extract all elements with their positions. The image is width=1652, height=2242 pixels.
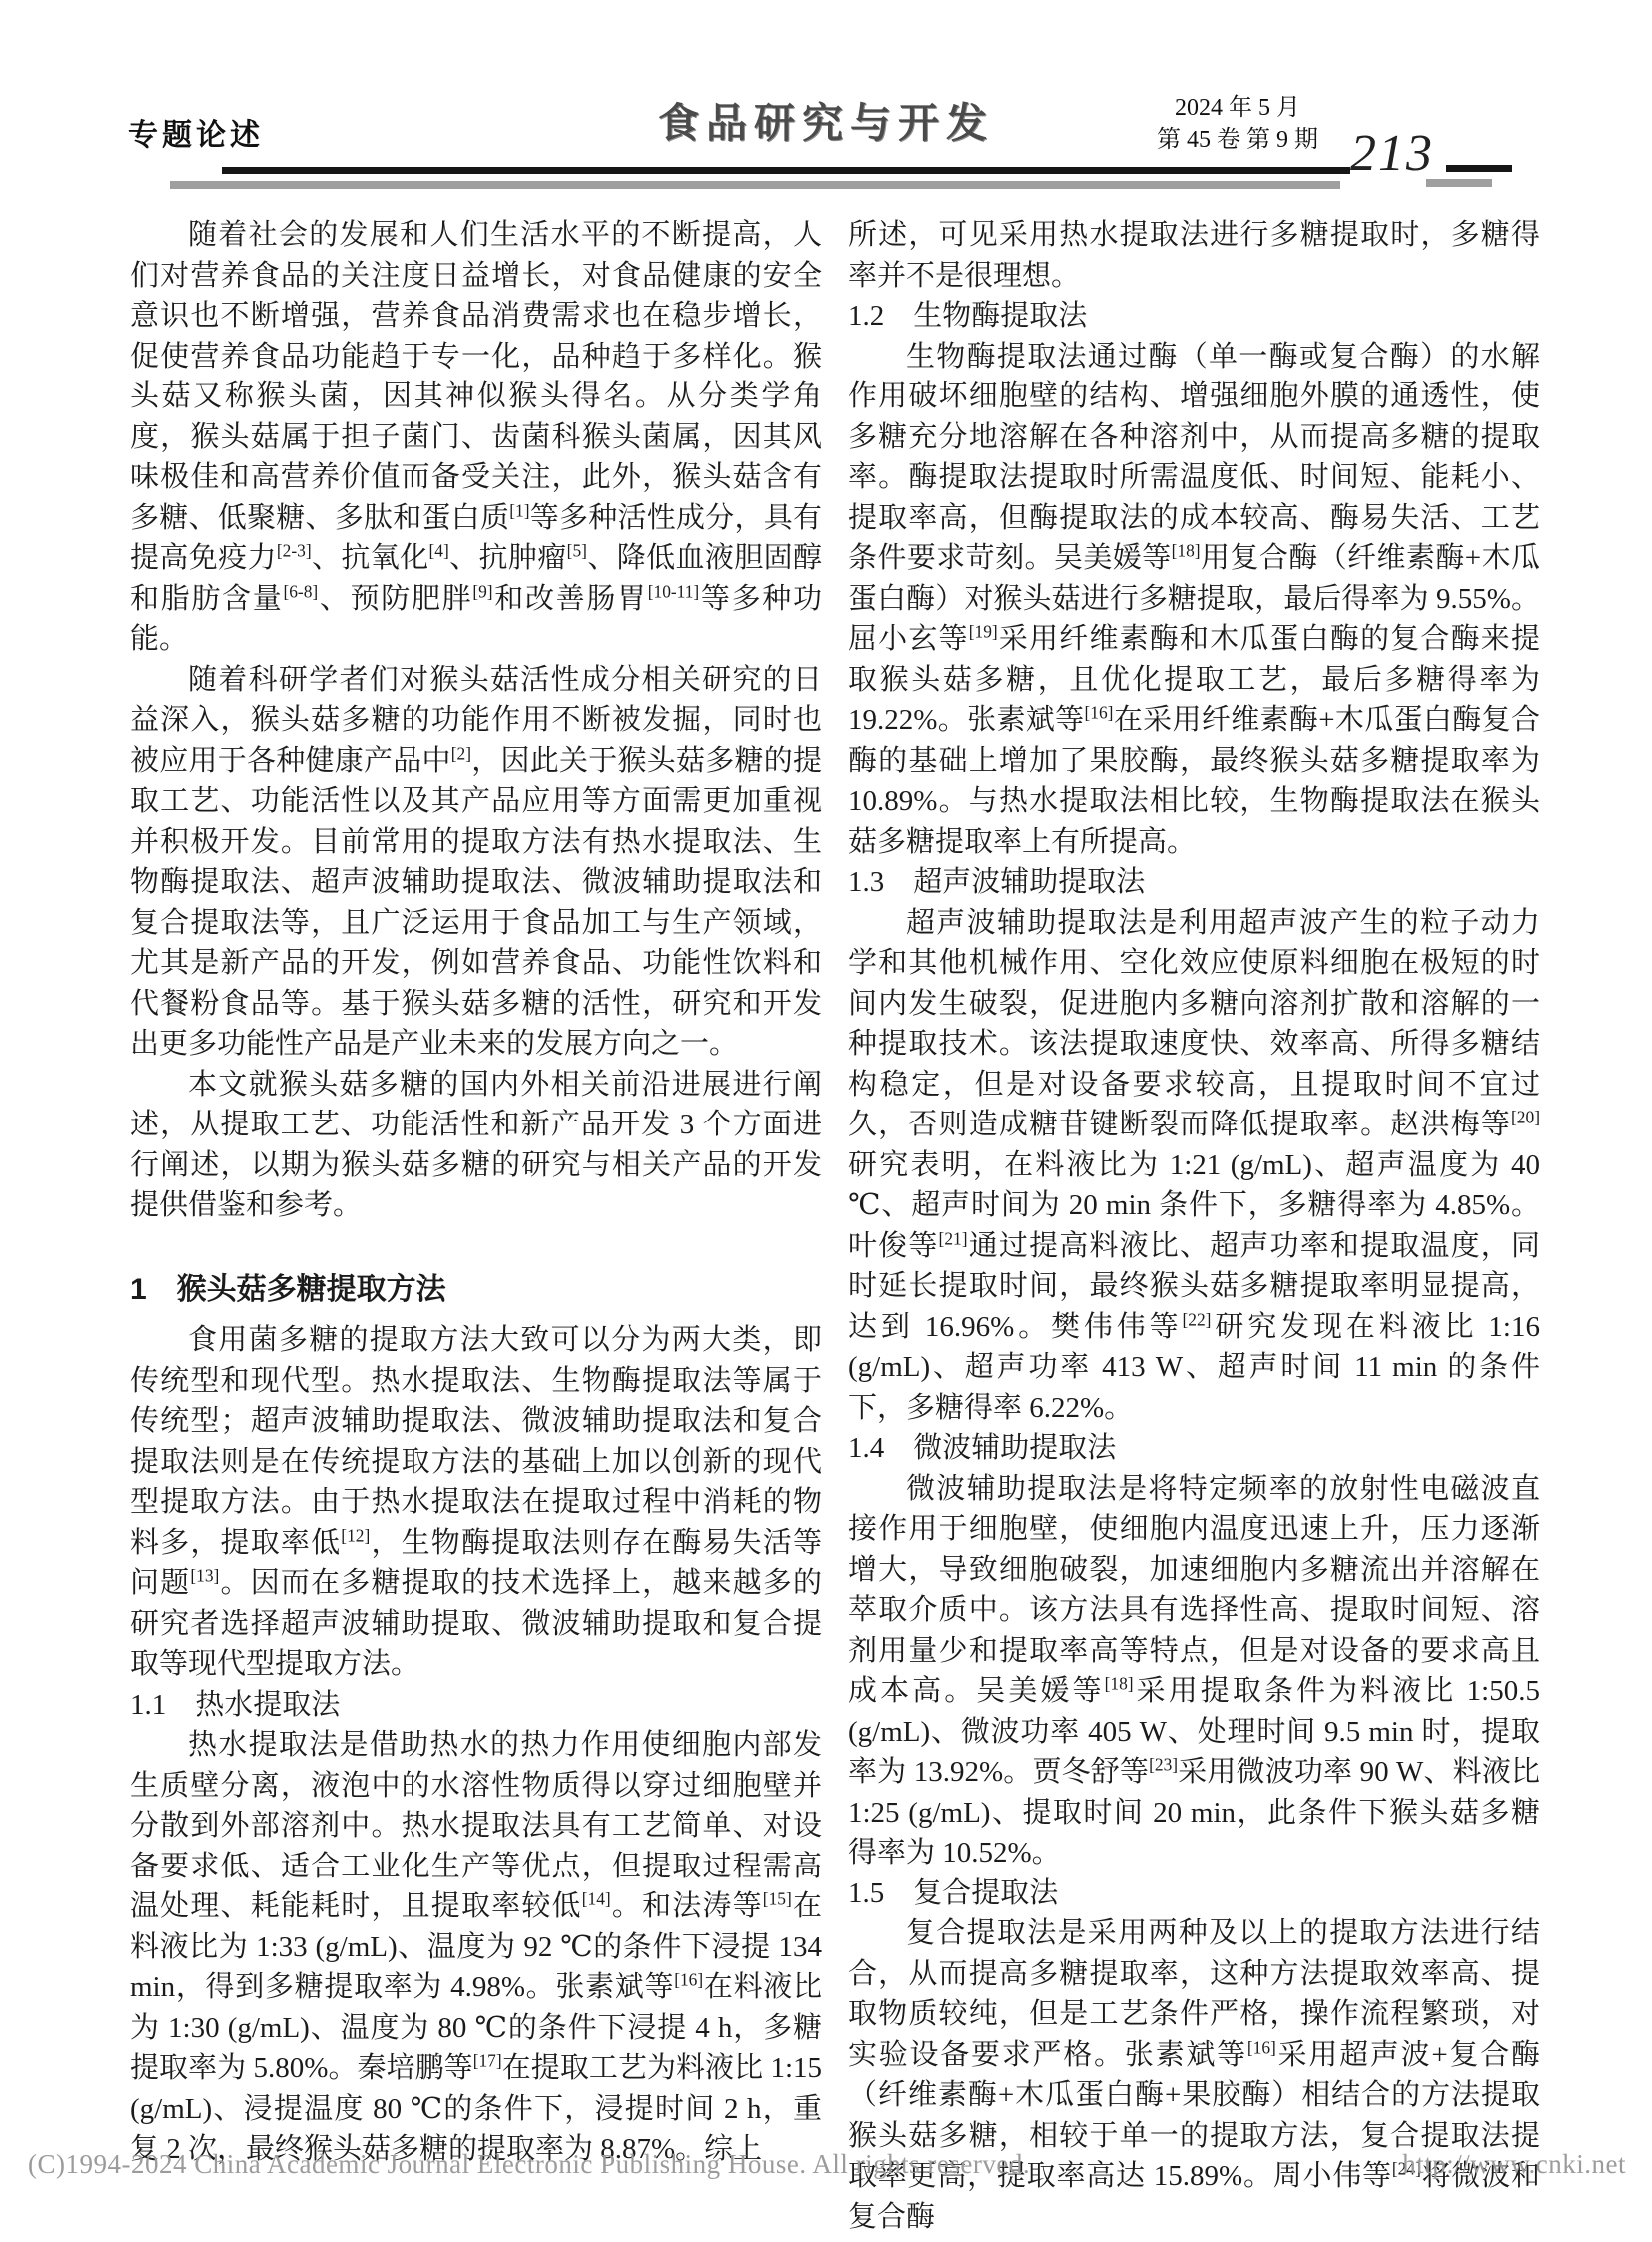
reference-marker: [1] (509, 500, 529, 520)
reference-marker: [15] (763, 1888, 792, 1908)
subsection-heading: 1.5 复合提取法 (848, 1873, 1540, 1914)
paragraph: 超声波辅助提取法是利用超声波产生的粒子动力学和其他机械作用、空化效应使原料细胞在… (848, 903, 1540, 1429)
reference-marker: [6-8] (283, 581, 318, 601)
section-heading: 1 猴头菇多糖提取方法 (130, 1270, 822, 1311)
paragraph: 随着社会的发展和人们生活水平的不断提高，人们对营养食品的关注度日益增长，对食品健… (130, 215, 822, 660)
subsection-heading: 1.1 热水提取法 (130, 1685, 822, 1726)
reference-marker: [22] (1183, 1309, 1212, 1329)
header-rule-black-stub (1446, 165, 1512, 172)
reference-marker: [9] (472, 581, 492, 601)
reference-marker: [18] (1172, 540, 1201, 560)
reference-marker: [23] (1149, 1754, 1178, 1774)
reference-marker: [20] (1511, 1107, 1540, 1126)
page-number: 213 (1350, 128, 1434, 180)
issue-date: 2024 年 5 月 (1127, 92, 1348, 124)
header-rule-gray (170, 181, 1340, 189)
page-footer: (C)1994-2024 China Academic Journal Elec… (28, 2149, 1626, 2180)
reference-marker: [12] (341, 1525, 370, 1545)
reference-marker: [18] (1105, 1673, 1134, 1693)
issue-info: 2024 年 5 月 第 45 卷 第 9 期 (1127, 92, 1348, 156)
reference-marker: [14] (582, 1888, 611, 1908)
reference-marker: [2] (451, 743, 471, 763)
journal-page: 专题论述 食品研究与开发 2024 年 5 月 第 45 卷 第 9 期 213… (0, 0, 1652, 2242)
subsection-heading: 1.3 超声波辅助提取法 (848, 862, 1540, 903)
reference-marker: [21] (939, 1228, 968, 1248)
reference-marker: [13] (190, 1565, 219, 1585)
subsection-heading: 1.2 生物酶提取法 (848, 296, 1540, 337)
reference-marker: [10-11] (648, 581, 700, 601)
header-rule-gray-stub (1426, 179, 1492, 187)
paragraph: 热水提取法是借助热水的热力作用使细胞内部发生质壁分离，液泡中的水溶性物质得以穿过… (130, 1725, 822, 2170)
issue-volume: 第 45 卷 第 9 期 (1127, 124, 1348, 156)
article-body: 随着社会的发展和人们生活水平的不断提高，人们对营养食品的关注度日益增长，对食品健… (130, 215, 1540, 2237)
reference-marker: [16] (1247, 2037, 1276, 2057)
reference-marker: [19] (969, 621, 998, 641)
left-column: 随着社会的发展和人们生活水平的不断提高，人们对营养食品的关注度日益增长，对食品健… (130, 215, 822, 2237)
reference-marker: [4] (429, 540, 449, 560)
cnki-url: http://www.cnki.net (1402, 2149, 1626, 2180)
header-rule-black (222, 167, 1350, 174)
paragraph: 所述，可见采用热水提取法进行多糖提取时，多糖得率并不是很理想。 (848, 215, 1540, 296)
paragraph: 生物酶提取法通过酶（单一酶或复合酶）的水解作用破坏细胞壁的结构、增强细胞外膜的通… (848, 337, 1540, 863)
reference-marker: [2-3] (277, 540, 312, 560)
right-column: 所述，可见采用热水提取法进行多糖提取时，多糖得率并不是很理想。1.2 生物酶提取… (848, 215, 1540, 2237)
paragraph: 微波辅助提取法是将特定频率的放射性电磁波直接作用于细胞壁，使细胞内温度迅速上升，… (848, 1469, 1540, 1873)
reference-marker: [5] (567, 540, 587, 560)
reference-marker: [17] (473, 2050, 502, 2070)
subsection-heading: 1.4 微波辅助提取法 (848, 1428, 1540, 1469)
reference-marker: [16] (1084, 702, 1113, 722)
reference-marker: [16] (674, 1969, 703, 1989)
paragraph: 复合提取法是采用两种及以上的提取方法进行结合，从而提高多糖提取率，这种方法提取效… (848, 1913, 1540, 2237)
paragraph: 随着科研学者们对猴头菇活性成分相关研究的日益深入，猴头菇多糖的功能作用不断被发掘… (130, 660, 822, 1065)
paragraph: 食用菌多糖的提取方法大致可以分为两大类，即传统型和现代型。热水提取法、生物酶提取… (130, 1320, 822, 1685)
paragraph: 本文就猴头菇多糖的国内外相关前沿进展进行阐述，从提取工艺、功能活性和新产品开发 … (130, 1065, 822, 1226)
copyright-notice: (C)1994-2024 China Academic Journal Elec… (28, 2149, 1030, 2180)
